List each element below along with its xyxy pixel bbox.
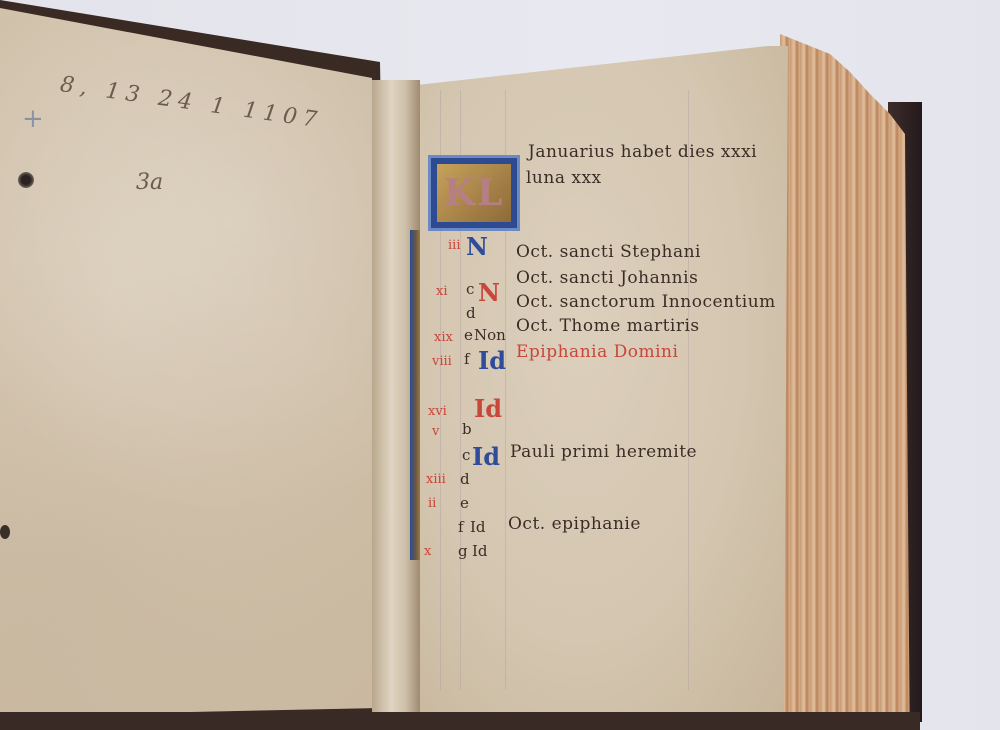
fore-edge [780,34,910,730]
ruling-line [688,90,689,690]
decorative-border [410,230,420,560]
manuscript-photo: + 8, 13 24 1 1107 3a KL Januarius habet … [0,0,1000,730]
illuminated-initial: KL [428,155,520,231]
worm-hole [0,525,10,539]
heading-line-2: luna xxx [526,168,602,188]
margin-mark: + [22,104,44,134]
shelfmark-number: 3a [136,170,163,195]
bottom-board [0,712,920,730]
heading-line-1: Januarius habet dies xxxi [528,142,757,162]
worm-hole [18,172,34,188]
